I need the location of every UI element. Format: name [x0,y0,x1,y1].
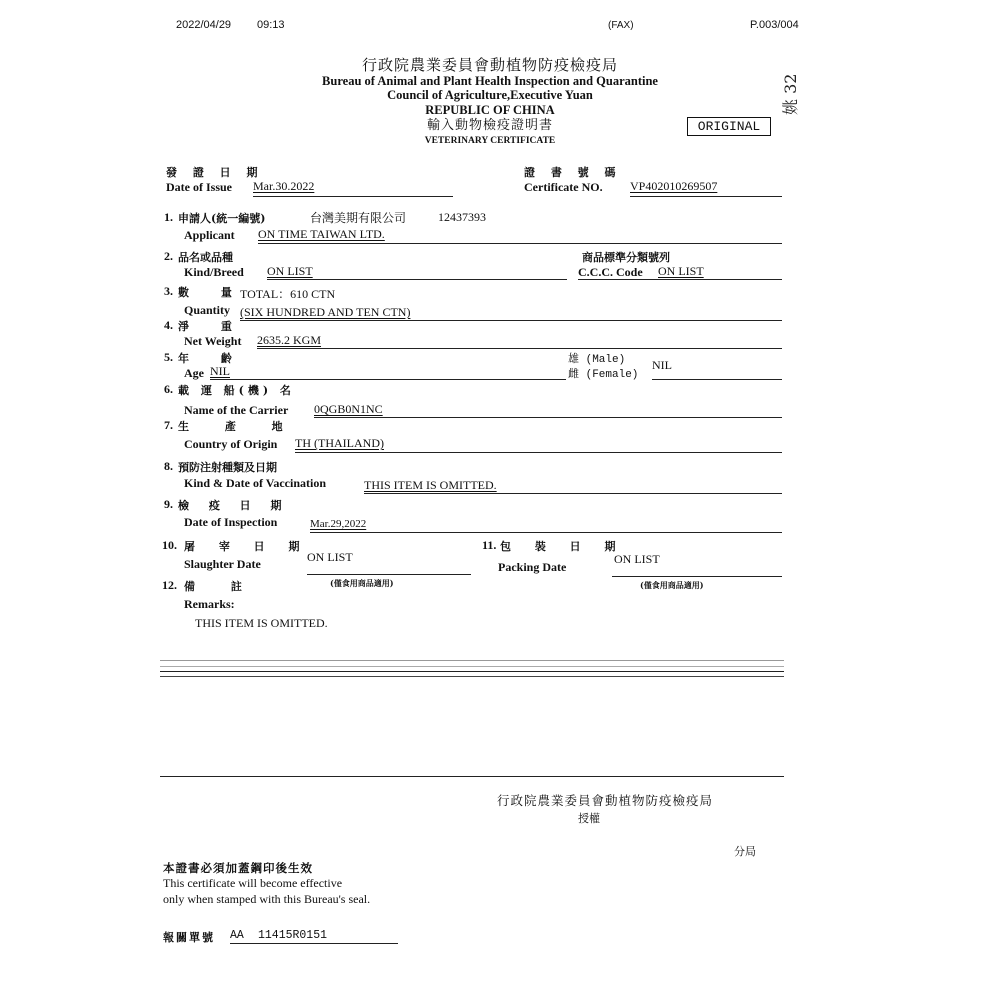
ccc-value: ON LIST [658,264,704,279]
origin-label-zh: 生 產 地 [178,418,299,434]
vaccination-label-zh: 預防注射種類及日期 [178,459,277,475]
slaughter-note: (僅食用商品適用) [330,578,394,589]
quantity-num: 3. [164,284,173,299]
carrier-value: 0QGB0N1NC [314,402,383,417]
age-value: NIL [210,364,230,379]
issue-date-label: Date of Issue [166,180,232,195]
ccc-label-zh: 商品標準分類號列 [582,249,670,265]
footer-branch-zh: 分局 [734,843,756,859]
declaration-prefix: AA [230,929,244,942]
agency-title-zh: 行政院農業委員會動植物防疫檢疫局 [280,56,700,74]
kind-num: 2. [164,249,173,264]
fax-date: 2022/04/29 [176,19,231,31]
divider-top [160,660,784,661]
remarks-value: THIS ITEM IS OMITTED. [195,616,328,631]
sex-value: NIL [652,358,672,373]
net-weight-label-zh: 淨 重 [178,318,246,334]
quantity-label-zh: 數 量 [178,284,246,300]
issue-date-label-zh: 發 證 日 期 [166,164,264,180]
age-num: 5. [164,350,173,365]
ccc-label: C.C.C. Code [578,265,643,280]
fax-page: P.003/004 [750,19,799,31]
divider-bottom [160,676,784,677]
inspection-label-zh: 檢 疫 日 期 [178,497,290,513]
divider-mid [160,666,784,667]
quantity-value: (SIX HUNDRED AND TEN CTN) [240,305,410,320]
slaughter-label-zh: 屠 宰 日 期 [184,538,310,554]
slaughter-value: ON LIST [307,550,353,565]
kind-label: Kind/Breed [184,265,244,280]
divider-bold [160,671,784,672]
doc-title-en: VETERINARY CERTIFICATE [280,134,700,148]
remarks-num: 12. [162,578,177,593]
female-label: 雌 (Female) [568,365,638,381]
origin-value: TH (THAILAND) [295,436,384,451]
seal-notice-zh: 本證書必須加蓋鋼印後生效 [163,860,313,876]
declaration-label-zh: 報關單號 [163,929,215,945]
handwritten-signature: 姚 32 [778,74,801,115]
cert-no-label: Certificate NO. [524,180,603,195]
packing-note: (僅食用商品適用) [640,580,704,591]
packing-value: ON LIST [614,552,660,567]
applicant-tax-id: 12437393 [438,210,486,225]
applicant-value: ON TIME TAIWAN LTD. [258,227,385,242]
council-title: Council of Agriculture,Executive Yuan [280,88,700,103]
net-weight-value: 2635.2 KGM [257,333,321,348]
vaccination-label: Kind & Date of Vaccination [184,476,326,491]
quantity-label: Quantity [184,303,230,318]
cert-no-value: VP402010269507 [630,179,717,194]
doc-title-zh: 輸入動物檢疫證明書 [280,117,700,134]
original-stamp: ORIGINAL [687,117,771,136]
applicant-value-zh: 台灣美期有限公司 [310,209,406,226]
inspection-num: 9. [164,497,173,512]
packing-label-zh: 包 裝 日 期 [500,538,626,554]
carrier-label: Name of the Carrier [184,403,288,418]
kind-value: ON LIST [267,264,313,279]
net-weight-num: 4. [164,318,173,333]
applicant-num: 1. [164,210,173,225]
male-label: 雄 (Male) [568,350,625,366]
agency-title-en: Bureau of Animal and Plant Health Inspec… [280,74,700,88]
age-label: Age [184,366,204,381]
carrier-num: 6. [164,382,173,397]
kind-label-zh: 品名或品種 [178,249,233,265]
remarks-label-zh: 備 註 [184,578,258,594]
slaughter-num: 10. [162,538,177,553]
seal-notice-line1: This certificate will become effective [163,876,342,891]
issue-date-value: Mar.30.2022 [253,179,314,194]
packing-num: 11. [482,538,496,553]
vaccination-value: THIS ITEM IS OMITTED. [364,478,497,493]
seal-notice-line2: only when stamped with this Bureau's sea… [163,892,370,907]
quantity-total: TOTAL：610 CTN [240,285,335,302]
cert-no-label-zh: 證 書 號 碼 [524,164,622,180]
fax-type: (FAX) [608,20,634,31]
applicant-label: Applicant [184,228,235,243]
applicant-label-zh: 申請人(統一編號) [178,210,265,226]
fax-time: 09:13 [257,19,285,31]
footer-authorized-zh: 授權 [578,810,600,826]
inspection-value: Mar.29,2022 [310,518,366,530]
vaccination-num: 8. [164,459,173,474]
packing-label: Packing Date [498,560,566,575]
origin-label: Country of Origin [184,437,277,452]
carrier-label-zh: 載 運 船(機) 名 [178,382,295,398]
slaughter-label: Slaughter Date [184,557,261,572]
declaration-number: 11415R0151 [258,929,327,942]
footer-authority-zh: 行政院農業委員會動植物防疫檢疫局 [497,791,713,809]
net-weight-label: Net Weight [184,334,241,349]
inspection-label: Date of Inspection [184,515,277,530]
country-title: REPUBLIC OF CHINA [280,103,700,117]
origin-num: 7. [164,418,173,433]
signature-divider [160,776,784,777]
remarks-label: Remarks: [184,597,235,612]
